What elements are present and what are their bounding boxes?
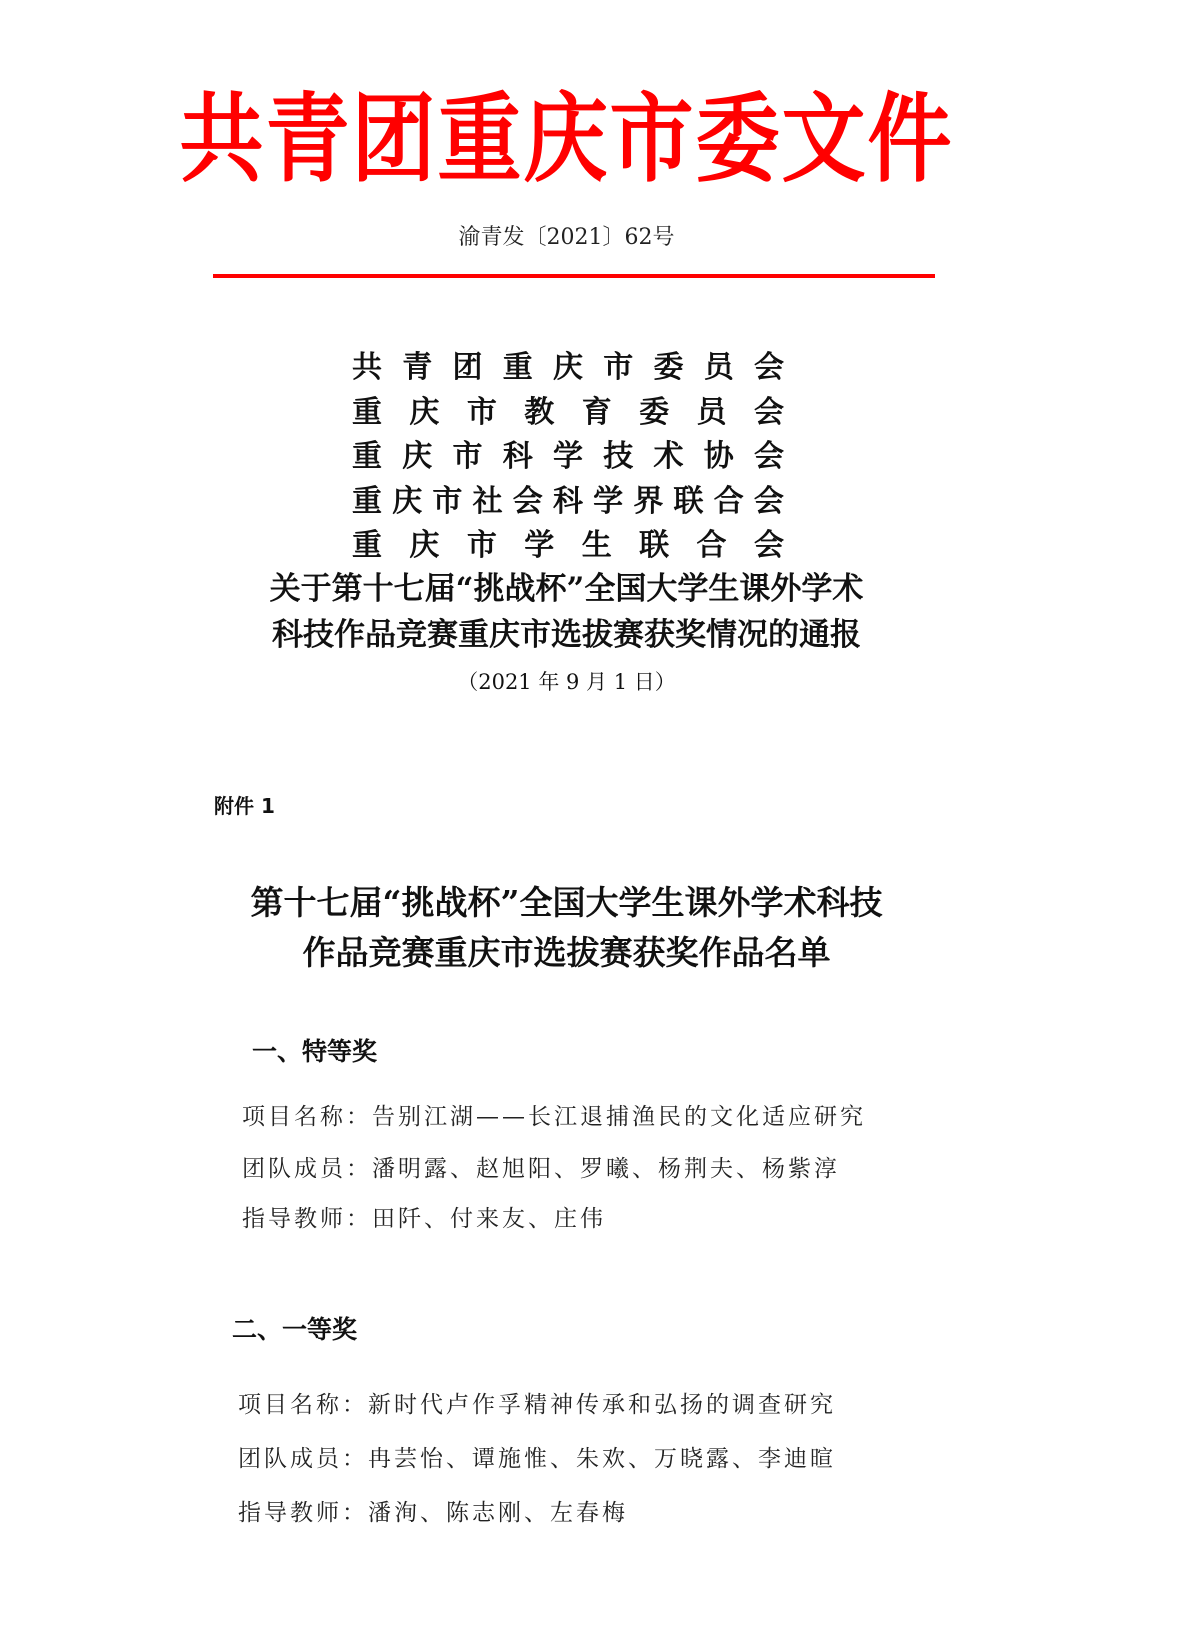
- issuer-char: 会: [754, 435, 784, 480]
- entry-project-line: 项目名称：新时代卢作孚精神传承和弘扬的调查研究: [238, 1386, 836, 1419]
- issuer-char: 员: [704, 346, 734, 391]
- issuer-char: 育: [582, 391, 612, 436]
- issuer-char: 合: [697, 524, 727, 569]
- issuer-char: 市: [467, 524, 497, 569]
- notice-title-line1: 关于第十七届“挑战杯”全国大学生课外学术: [200, 566, 933, 612]
- advisors: 潘洵、陈志刚、左春梅: [368, 1500, 628, 1526]
- project-name: 新时代卢作孚精神传承和弘扬的调查研究: [368, 1392, 836, 1418]
- project-label: 项目名称：: [242, 1104, 372, 1130]
- entry-advisors-line: 指导教师：潘洵、陈志刚、左春梅: [238, 1494, 628, 1527]
- issuer-char: 术: [654, 435, 684, 480]
- issuer-line: 重庆市学生联合会: [352, 524, 784, 569]
- issuer-char: 界: [633, 480, 663, 525]
- issuer-char: 共: [352, 346, 382, 391]
- issuer-line: 重庆市教育委员会: [352, 391, 784, 436]
- issuer-char: 会: [754, 346, 784, 391]
- issuer-char: 会: [754, 524, 784, 569]
- issuer-char: 会: [754, 480, 784, 525]
- issuer-char: 会: [513, 480, 543, 525]
- issuer-char: 合: [714, 480, 744, 525]
- issuer-char: 重: [352, 480, 382, 525]
- issuer-char: 学: [553, 435, 583, 480]
- issuer-char: 庆: [392, 480, 422, 525]
- issuer-char: 市: [432, 480, 462, 525]
- section-heading-first-prize: 二、一等奖: [232, 1310, 357, 1346]
- entry-members-line: 团队成员：潘明露、赵旭阳、罗曦、杨荆夫、杨紫淳: [242, 1150, 840, 1183]
- award-list-title-line1: 第十七届“挑战杯”全国大学生课外学术科技: [200, 878, 933, 928]
- issuer-char: 庆: [409, 524, 439, 569]
- project-label: 项目名称：: [238, 1392, 368, 1418]
- issuer-char: 青: [402, 346, 432, 391]
- issuer-char: 联: [639, 524, 669, 569]
- advisors: 田阡、付来友、庄伟: [372, 1206, 606, 1232]
- entry-advisors-line: 指导教师：田阡、付来友、庄伟: [242, 1200, 606, 1233]
- issuer-char: 庆: [409, 391, 439, 436]
- issuer-char: 重: [352, 391, 382, 436]
- advisors-label: 指导教师：: [242, 1206, 372, 1232]
- project-name: 告别江湖——长江退捕渔民的文化适应研究: [372, 1104, 866, 1130]
- issuer-char: 重: [352, 435, 382, 480]
- notice-date: （2021 年 9 月 1 日）: [0, 666, 1133, 696]
- members-label: 团队成员：: [242, 1156, 372, 1182]
- issuer-char: 学: [524, 524, 554, 569]
- issuer-char: 重: [503, 346, 533, 391]
- issuer-line: 共青团重庆市委员会: [352, 346, 784, 391]
- issuer-char: 教: [524, 391, 554, 436]
- entry-project-line: 项目名称：告别江湖——长江退捕渔民的文化适应研究: [242, 1098, 866, 1131]
- red-letterhead-title: 共青团重庆市委文件: [0, 62, 1133, 201]
- issuer-char: 委: [639, 391, 669, 436]
- issuer-char: 社: [473, 480, 503, 525]
- award-list-title: 第十七届“挑战杯”全国大学生课外学术科技 作品竞赛重庆市选拔赛获奖作品名单: [200, 878, 933, 978]
- entry-members-line: 团队成员：冉芸怡、谭施惟、朱欢、万晓露、李迪暄: [238, 1440, 836, 1473]
- issuer-char: 协: [704, 435, 734, 480]
- issuer-char: 会: [754, 391, 784, 436]
- issuer-char: 市: [467, 391, 497, 436]
- team-members: 冉芸怡、谭施惟、朱欢、万晓露、李迪暄: [368, 1446, 836, 1472]
- issuer-char: 生: [582, 524, 612, 569]
- issuer-char: 重: [352, 524, 382, 569]
- team-members: 潘明露、赵旭阳、罗曦、杨荆夫、杨紫淳: [372, 1156, 840, 1182]
- issuer-char: 科: [503, 435, 533, 480]
- issuer-char: 学: [593, 480, 623, 525]
- attachment-label: 附件 1: [214, 790, 275, 819]
- issuer-char: 科: [553, 480, 583, 525]
- document-number: 渝青发〔2021〕62号: [0, 220, 1133, 251]
- red-divider-rule: [213, 274, 935, 278]
- section-heading-grand-prize: 一、特等奖: [252, 1032, 377, 1068]
- issuer-line: 重庆市社会科学界联合会: [352, 480, 784, 525]
- issuer-char: 联: [674, 480, 704, 525]
- issuer-char: 庆: [402, 435, 432, 480]
- issuing-organizations: 共青团重庆市委员会 重庆市教育委员会 重庆市科学技术协会 重庆市社会科学界联合会…: [352, 346, 784, 569]
- advisors-label: 指导教师：: [238, 1500, 368, 1526]
- members-label: 团队成员：: [238, 1446, 368, 1472]
- issuer-char: 市: [603, 346, 633, 391]
- issuer-char: 市: [453, 435, 483, 480]
- award-list-title-line2: 作品竞赛重庆市选拔赛获奖作品名单: [200, 928, 933, 978]
- issuer-char: 委: [654, 346, 684, 391]
- issuer-char: 团: [453, 346, 483, 391]
- issuer-line: 重庆市科学技术协会: [352, 435, 784, 480]
- issuer-char: 员: [697, 391, 727, 436]
- issuer-char: 庆: [553, 346, 583, 391]
- notice-title-line2: 科技作品竞赛重庆市选拔赛获奖情况的通报: [200, 612, 933, 658]
- issuer-char: 技: [603, 435, 633, 480]
- notice-title: 关于第十七届“挑战杯”全国大学生课外学术 科技作品竞赛重庆市选拔赛获奖情况的通报: [200, 566, 933, 658]
